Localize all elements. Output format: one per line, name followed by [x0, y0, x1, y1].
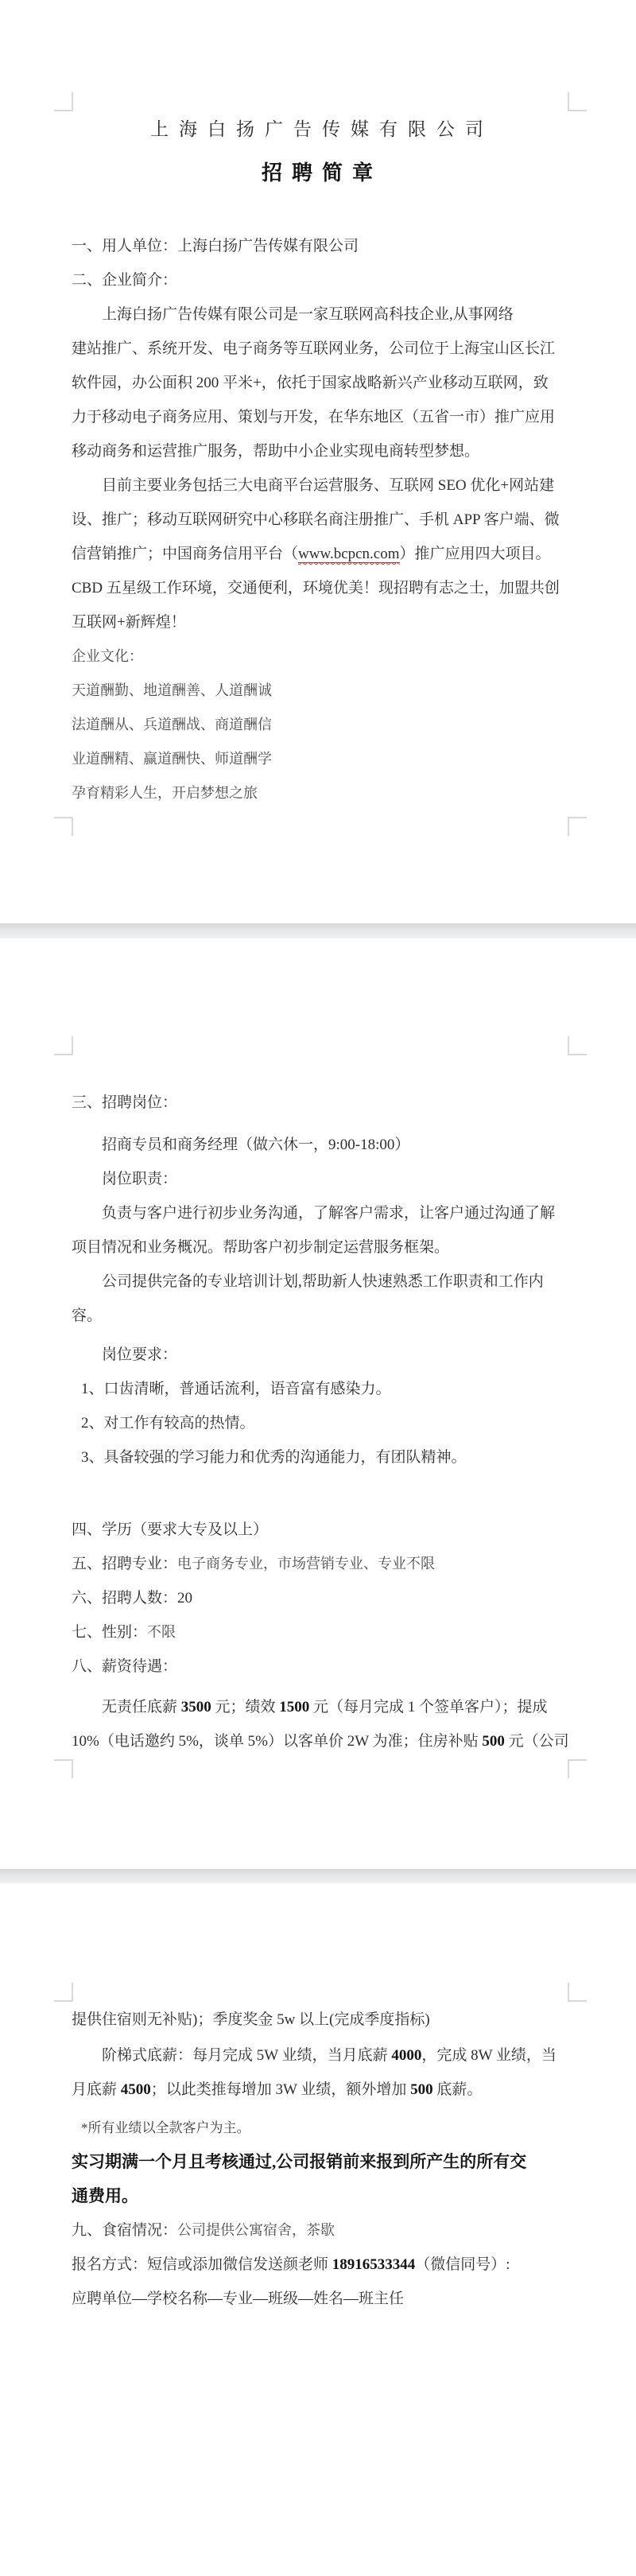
profile-line: 软件园，办公面积 200 平米+，依托于国家战略新兴产业移动互联网，致 [72, 366, 572, 400]
requirement-heading: 岗位要求： [72, 1338, 572, 1372]
text-segment: 岗位职责： [102, 1171, 177, 1187]
duty-line: 容。 [72, 1299, 572, 1333]
page-separator [0, 1869, 636, 1883]
requirement-line: 3、具备较强的学习能力和优秀的沟通能力，有团队精神。 [72, 1440, 572, 1474]
text-segment: 18916533344 [332, 2256, 416, 2273]
reimbursement-line: 实习期满一个月且考核通过,公司报销前来报到所产生的所有交 [72, 2145, 572, 2179]
text-segment: 20 [177, 1590, 192, 1607]
company-name-title: 上海白扬广告传媒有限公司 [72, 116, 572, 143]
text-segment: 七、性别： [72, 1624, 147, 1641]
salary-line: 无责任底薪 3500 元；绩效 1500 元（每月完成 1 个签单客户）；提成 [72, 1690, 572, 1724]
profile-line: 上海白扬广告传媒有限公司是一家互联网高科技企业,从事网络 [72, 297, 572, 332]
culture-line: 法道酬从、兵道酬战、商道酬信 [72, 708, 572, 742]
business-line: 互联网+新辉煌！ [72, 605, 572, 639]
text-segment: 业道酬精、赢道酬快、师道酬学 [72, 751, 272, 767]
section-education: 四、学历（要求大专及以上） [72, 1513, 572, 1547]
business-line: 设、推广；移动互联网研究中心移联名商注册推广、手机 APP 客户端、微 [72, 503, 572, 537]
page-3: 提供住宿则无补贴)；季度奖金 5w 以上(完成季度指标)阶梯式底薪：每月完成 5… [0, 1883, 636, 2576]
text-segment: 4500 [121, 2081, 151, 2098]
note-line: *所有业绩以全款客户为主。 [72, 2111, 572, 2145]
text-segment: 应聘单位—学校名称—专业—班级—姓名—班主任 [72, 2290, 404, 2307]
text-segment: 2、对工作有较高的热情。 [81, 1415, 255, 1432]
duty-heading: 岗位职责： [72, 1162, 572, 1196]
text-area: 三、招聘岗位：招商专员和商务经理（做六休一，9:00-18:00）岗位职责：负责… [0, 938, 636, 1758]
text-segment: 3500 [181, 1699, 211, 1715]
apply-format-line: 应聘单位—学校名称—专业—班级—姓名—班主任 [72, 2282, 572, 2316]
text-segment: 目前主要业务包括三大电商平台运营服务、互联网 SEO 优化+网站建 [102, 477, 554, 494]
text-segment: 1、口齿清晰，普通话流利，语音富有感染力。 [81, 1381, 391, 1397]
text-segment: 九、食宿情况： [72, 2222, 177, 2239]
text-segment: 八、薪资待遇： [72, 1658, 177, 1675]
text-segment: 上海白扬广告传媒有限公司 [150, 119, 494, 139]
document-viewport: 上海白扬广告传媒有限公司招聘简章一、用人单位：上海白扬广告传媒有限公司二、企业简… [0, 0, 636, 2576]
text-segment: 电子商务专业，市场营销专业、专业不限 [177, 1556, 435, 1572]
text-segment: 孕育精彩人生，开启梦想之旅 [72, 785, 258, 801]
business-line: 信营销推广；中国商务信用平台（www.bcpcn.com）推广应用四大项目。 [72, 537, 572, 571]
text-segment: ，完成 8W 业绩，当 [421, 2047, 556, 2064]
reimbursement-line: 通费用。 [72, 2179, 572, 2213]
text-segment: 500 [410, 2081, 433, 2098]
culture-heading: 企业文化： [72, 639, 572, 674]
culture-line: 业道酬精、赢道酬快、师道酬学 [72, 742, 572, 776]
text-segment: 提供住宿则无补贴)；季度奖金 5w 以上(完成季度指标) [72, 2011, 430, 2028]
text-segment: 设、推广；移动互联网研究中心移联名商注册推广、手机 APP 客户端、微 [72, 511, 560, 528]
text-segment: 招商专员和商务经理（做六休一，9:00-18:00） [102, 1136, 409, 1153]
text-segment: 岗位要求： [102, 1346, 177, 1363]
text-segment: 项目情况和业务概况。帮助客户初步制定运营服务框架。 [72, 1239, 449, 1256]
salary-line: 阶梯式底薪：每月完成 5W 业绩，当月底薪 4000，完成 8W 业绩，当 [72, 2038, 572, 2073]
salary-line: 提供住宿则无补贴)；季度奖金 5w 以上(完成季度指标) [72, 2003, 572, 2037]
requirement-line: 1、口齿清晰，普通话流利，语音富有感染力。 [72, 1372, 572, 1406]
text-segment: 建站推广、系统开发、电子商务等互联网业务，公司位于上海宝山区长江 [72, 340, 555, 357]
text-segment: 月底薪 [72, 2081, 121, 2098]
section-salary: 八、薪资待遇： [72, 1649, 572, 1684]
text-segment: 五、招聘专业： [72, 1556, 177, 1572]
section-majors: 五、招聘专业：电子商务专业，市场营销专业、专业不限 [72, 1547, 572, 1581]
culture-line: 孕育精彩人生，开启梦想之旅 [72, 776, 572, 810]
text-segment: 无责任底薪 [102, 1699, 181, 1715]
crop-mark-bottom-left-icon [54, 817, 73, 836]
text-segment: 通费用。 [72, 2186, 138, 2205]
text-segment: CBD 五星级工作环境，交通便利，环境优美！现招聘有志之士，加盟共创 [72, 580, 560, 596]
text-segment: 四、学历（要求大专及以上） [72, 1521, 268, 1538]
text-segment: 三、招聘岗位： [72, 1094, 177, 1111]
text-segment: 公司提供完备的专业培训计划,帮助新人快速熟悉工作职责和工作内 [102, 1273, 544, 1290]
page-separator [0, 923, 636, 938]
section-headcount: 六、招聘人数：20 [72, 1581, 572, 1615]
profile-line: 建站推广、系统开发、电子商务等互联网业务，公司位于上海宝山区长江 [72, 332, 572, 366]
text-segment: 底薪。 [433, 2081, 483, 2098]
crop-mark-bottom-left-icon [54, 1759, 73, 1778]
text-segment: 500 [482, 1733, 505, 1750]
crop-mark-bottom-right-icon [568, 817, 587, 836]
crop-mark-top-left-icon [54, 1983, 73, 2002]
crop-mark-bottom-right-icon [568, 1759, 587, 1778]
apply-method-line: 报名方式：短信或添加微信发送颜老师 18916533344（微信同号）: [72, 2248, 572, 2282]
crop-mark-top-right-icon [568, 1036, 587, 1055]
text-segment: 报名方式：短信或添加微信发送颜老师 [72, 2256, 332, 2273]
text-area: 提供住宿则无补贴)；季度奖金 5w 以上(完成季度指标)阶梯式底薪：每月完成 5… [0, 1883, 636, 2316]
website-url-text: www.bcpcn.com [298, 546, 400, 563]
text-segment: 元（每月完成 1 个签单客户）；提成 [309, 1699, 547, 1715]
text-segment: 实习期满一个月且考核通过,公司报销前来报到所产生的所有交 [72, 2152, 526, 2171]
salary-line: 月底薪 4500；以此类推每增加 3W 业绩，额外增加 500 底薪。 [72, 2073, 572, 2107]
profile-line: 力于移动电子商务应用、策划与开发，在华东地区（五省一市）推广应用 [72, 400, 572, 434]
business-line: CBD 五星级工作环境，交通便利，环境优美！现招聘有志之士，加盟共创 [72, 571, 572, 605]
text-segment: 3、具备较强的学习能力和优秀的沟通能力，有团队精神。 [81, 1449, 467, 1466]
page-1: 上海白扬广告传媒有限公司招聘简章一、用人单位：上海白扬广告传媒有限公司二、企业简… [0, 0, 636, 923]
text-segment: 招聘简章 [262, 161, 382, 185]
doc-title: 招聘简章 [72, 157, 572, 189]
position-line: 招商专员和商务经理（做六休一，9:00-18:00） [72, 1128, 572, 1162]
text-segment: 互联网+新辉煌！ [72, 614, 186, 631]
text-segment: 容。 [72, 1307, 102, 1324]
text-segment: *所有业绩以全款客户为主。 [81, 2120, 250, 2135]
text-segment: 1500 [279, 1699, 309, 1715]
text-segment: 负责与客户进行初步业务沟通，了解客户需求，让客户通过沟通了解 [102, 1205, 555, 1222]
text-segment: 企业文化： [72, 648, 143, 664]
requirement-line: 2、对工作有较高的热情。 [72, 1406, 572, 1440]
text-segment: 信营销推广；中国商务信用平台（ [72, 546, 298, 562]
text-segment: 法道酬从、兵道酬战、商道酬信 [72, 717, 272, 732]
text-segment: ）推广应用四大项目。 [400, 546, 551, 562]
crop-mark-top-left-icon [54, 92, 73, 111]
text-segment: 不限 [147, 1624, 176, 1640]
text-segment: ；以此类推每增加 3W 业绩，额外增加 [151, 2081, 410, 2098]
duty-line: 项目情况和业务概况。帮助客户初步制定运营服务框架。 [72, 1230, 572, 1265]
text-segment: 软件园，办公面积 200 平米+，依托于国家战略新兴产业移动互联网，致 [72, 375, 549, 391]
crop-mark-top-left-icon [54, 1036, 73, 1055]
duty-line: 公司提供完备的专业培训计划,帮助新人快速熟悉工作职责和工作内 [72, 1265, 572, 1299]
text-segment: 公司提供公寓宿舍，茶歇 [177, 2222, 335, 2238]
section-positions: 三、招聘岗位： [72, 1086, 572, 1120]
text-segment: 天道酬勤、地道酬善、人道酬诚 [72, 682, 272, 698]
business-line: 目前主要业务包括三大电商平台运营服务、互联网 SEO 优化+网站建 [72, 468, 572, 503]
text-segment: 10%（电话邀约 5%，谈单 5%）以客单价 2W 为准；住房补贴 [72, 1733, 482, 1750]
section-accommodation: 九、食宿情况：公司提供公寓宿舍，茶歇 [72, 2213, 572, 2248]
text-segment: 元（公司 [505, 1733, 569, 1750]
text-segment: 一、用人单位：上海白扬广告传媒有限公司 [72, 238, 359, 254]
crop-mark-top-right-icon [568, 1983, 587, 2002]
text-segment: 二、企业简介： [72, 272, 177, 289]
text-segment: 元；绩效 [211, 1699, 280, 1715]
text-segment: （微信同号）: [415, 2256, 510, 2273]
duty-line: 负责与客户进行初步业务沟通，了解客户需求，让客户通过沟通了解 [72, 1196, 572, 1230]
text-segment: 4000 [391, 2047, 421, 2064]
crop-mark-top-right-icon [568, 92, 587, 111]
text-segment: 移动商务和运营推广服务，帮助中小企业实现电商转型梦想。 [72, 443, 479, 460]
profile-line: 移动商务和运营推广服务，帮助中小企业实现电商转型梦想。 [72, 434, 572, 468]
culture-line: 天道酬勤、地道酬善、人道酬诚 [72, 674, 572, 708]
section-employer: 一、用人单位：上海白扬广告传媒有限公司 [72, 229, 572, 263]
salary-line: 10%（电话邀约 5%，谈单 5%）以客单价 2W 为准；住房补贴 500 元（… [72, 1724, 572, 1758]
text-segment: 阶梯式底薪：每月完成 5W 业绩，当月底薪 [102, 2047, 391, 2064]
section-company-profile: 二、企业简介： [72, 263, 572, 297]
section-gender: 七、性别：不限 [72, 1615, 572, 1649]
text-segment: 六、招聘人数： [72, 1590, 177, 1607]
page-2: 三、招聘岗位：招商专员和商务经理（做六休一，9:00-18:00）岗位职责：负责… [0, 938, 636, 1869]
text-segment: 力于移动电子商务应用、策划与开发，在华东地区（五省一市）推广应用 [72, 409, 555, 425]
text-segment: 上海白扬广告传媒有限公司是一家互联网高科技企业,从事网络 [102, 306, 514, 323]
text-area: 上海白扬广告传媒有限公司招聘简章一、用人单位：上海白扬广告传媒有限公司二、企业简… [0, 0, 636, 810]
